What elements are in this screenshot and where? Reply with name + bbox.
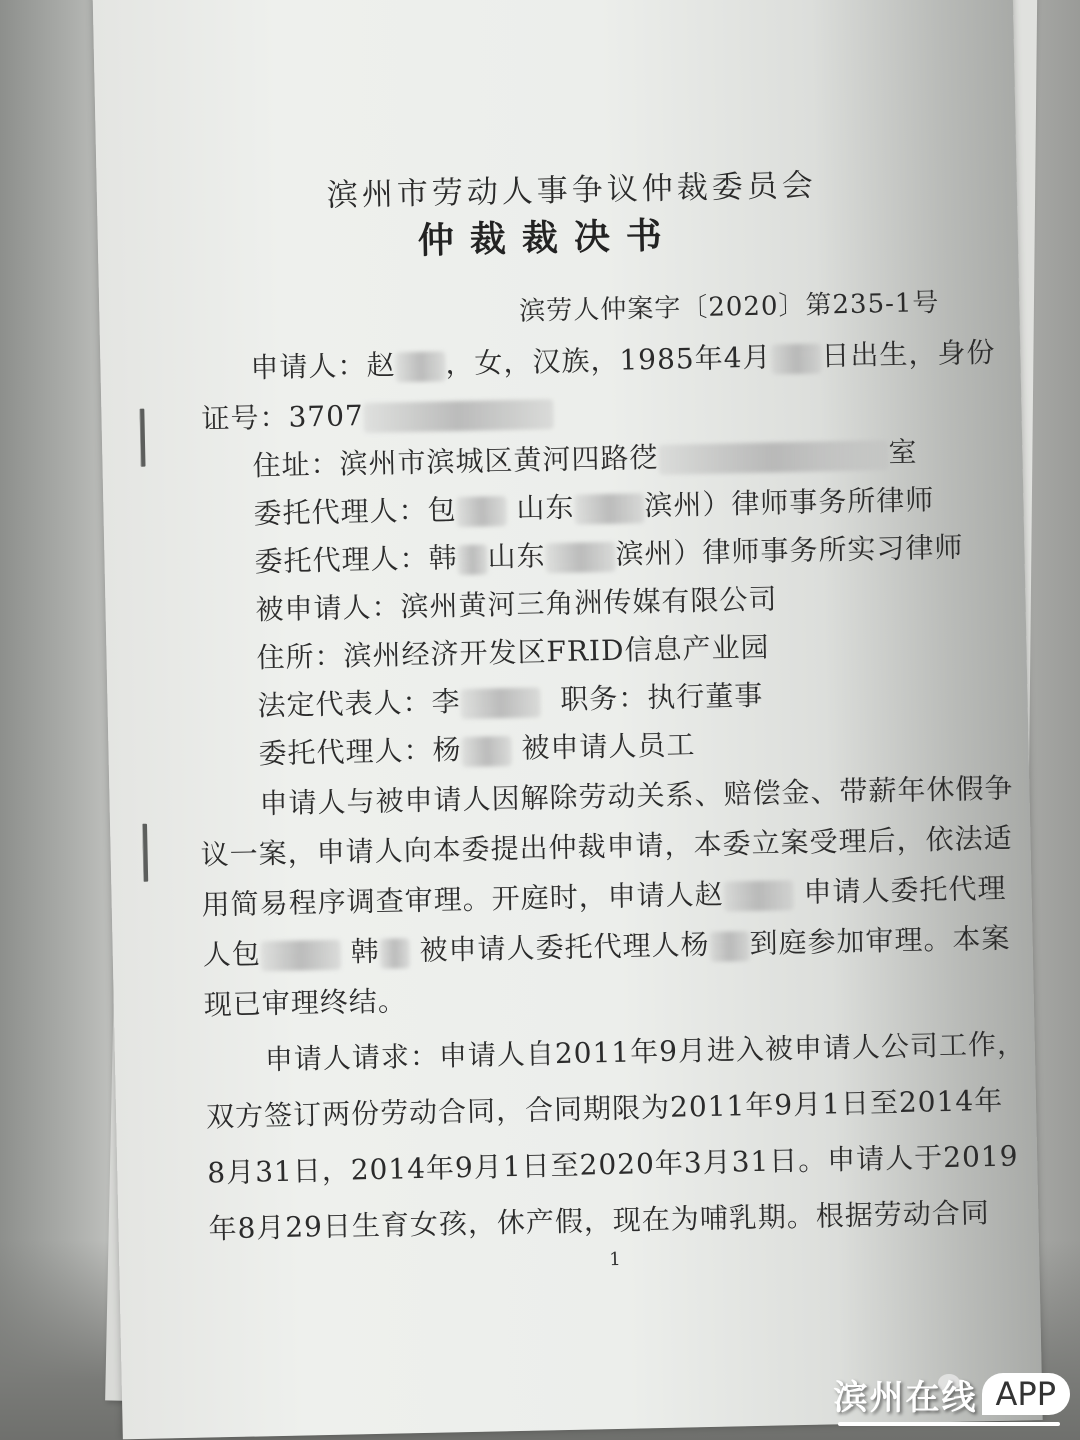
redaction <box>461 736 512 767</box>
paragraph1-line2: 议一案，申请人向本委提出仲裁申请，本委立案受理后，依法适 <box>200 817 1013 874</box>
redaction <box>658 440 889 475</box>
paragraph2-line4: 年8月29日生育女孩，休产假，现在为哺乳期。根据劳动合同 <box>208 1191 990 1247</box>
redaction <box>456 496 507 527</box>
staple-top <box>139 409 145 467</box>
document-page: 滨州市劳动人事争议仲裁委员会 仲裁裁决书 滨劳人仲案字〔2020〕第235-1号… <box>92 0 1043 1439</box>
redaction <box>395 351 446 382</box>
agent2-line: 委托代理人：韩山东滨州）律师事务所实习律师 <box>254 526 964 581</box>
applicant-id-line: 证号：3707 <box>201 390 554 437</box>
case-number: 滨劳人仲案字〔2020〕第235-1号 <box>519 282 940 328</box>
paragraph2-line3: 8月31日，2014年9月1日至2020年3月31日。申请人于2019 <box>207 1134 1019 1191</box>
applicant-line: 申请人：赵，女，汉族，1985年4月日出生，身份 <box>250 331 996 387</box>
watermark-underline <box>838 1422 1060 1426</box>
page-number: 1 <box>609 1249 622 1270</box>
redaction <box>545 541 616 572</box>
redaction <box>363 399 554 433</box>
paragraph1-line4: 人包 韩 被申请人委托代理人杨到庭参加审理。本案 <box>202 917 1011 974</box>
staple-bottom <box>142 824 148 882</box>
applicant-address-line: 住址：滨州市滨城区黄河四路徔室 <box>252 430 918 484</box>
respondent-line: 被申请人：滨州黄河三角洲传媒有限公司 <box>255 577 778 628</box>
watermark: 滨州在线 APP <box>834 1368 1070 1420</box>
watermark-text: 滨州在线 <box>834 1370 978 1419</box>
redaction <box>379 938 410 969</box>
paragraph1-line3: 用简易程序调查审理。开庭时，申请人赵 申请人委托代理 <box>201 867 1007 924</box>
respondent-address-line: 住所：滨州经济开发区FRID信息产业园 <box>256 626 770 677</box>
agent1-line: 委托代理人：包 山东滨州）律师事务所律师 <box>253 478 935 532</box>
respondent-agent-line: 委托代理人：杨 被申请人员工 <box>258 723 696 772</box>
paragraph2-line1: 申请人请求：申请人自2011年9月进入被申请人公司工作， <box>265 1022 1027 1078</box>
redaction <box>723 880 794 911</box>
paragraph2-line2: 双方签订两份劳动合同，合同期限为2011年9月1日至2014年 <box>206 1079 1004 1136</box>
redaction <box>457 544 488 575</box>
redaction <box>260 939 341 971</box>
watermark-app-badge: APP <box>982 1373 1070 1415</box>
redaction <box>460 687 541 719</box>
paragraph1-line1: 申请人与被申请人因解除劳动关系、赔偿金、带薪年休假争 <box>259 767 1014 823</box>
redaction <box>574 493 645 524</box>
redaction <box>771 343 822 374</box>
doc-title: 仲裁裁决书 <box>417 207 678 263</box>
redaction <box>709 931 750 962</box>
legal-rep-line: 法定代表人：李 职务：执行董事 <box>257 674 764 725</box>
org-title: 滨州市劳动人事争议仲裁委员会 <box>326 160 817 215</box>
paragraph1-line5: 现已审理终结。 <box>203 979 407 1023</box>
